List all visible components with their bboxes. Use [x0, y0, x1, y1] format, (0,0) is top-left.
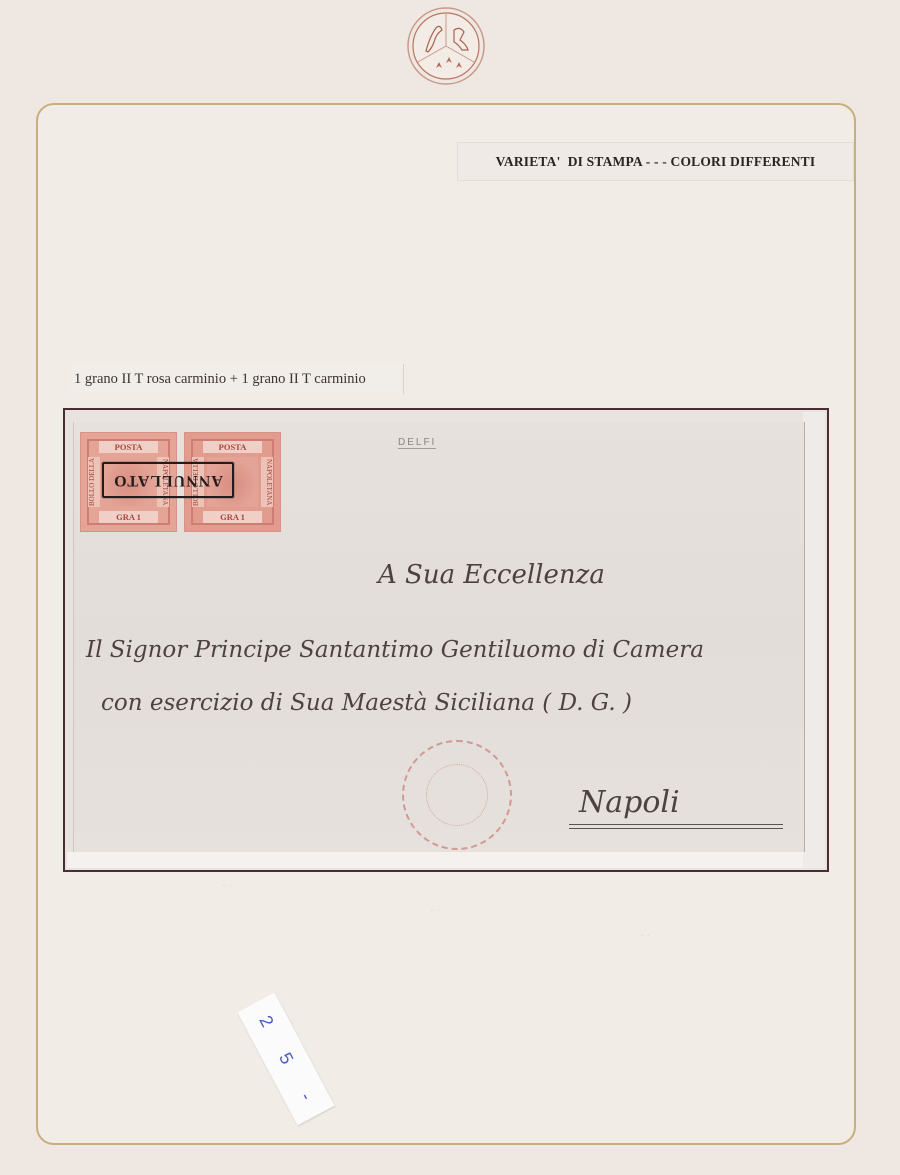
stamp-left-text: BOLLO DELLA [88, 457, 100, 507]
stamp-right-text: NAPOLETANA [261, 457, 273, 507]
postmark-inner-ring [426, 764, 488, 826]
stamp-value-text: GRA 1 [203, 511, 262, 523]
annullato-cancel: ANNULLATO [102, 462, 234, 498]
address-line-2: Il Signor Principe Santantimo Gentiluomo… [86, 637, 704, 663]
address-line-3: con esercizio di Sua Maestà Siciliana ( … [101, 690, 632, 716]
pencil-note: DELFI [398, 437, 436, 449]
red-postmark [402, 740, 512, 850]
faint-offset-mark: · · [640, 930, 650, 942]
crest-icon [406, 6, 486, 86]
address-line-4-city: Napoli [579, 785, 680, 820]
address-line-1: A Sua Eccellenza [378, 560, 605, 590]
stamp-top-text: POSTA [99, 441, 158, 453]
city-underline [569, 824, 783, 825]
mount-strip-bottom [67, 852, 825, 868]
slip-text: 2 [254, 1012, 277, 1031]
stamp-value-text: GRA 1 [99, 511, 158, 523]
page-title-label: VARIETA' DI STAMPA - - - COLORI DIFFEREN… [458, 143, 853, 180]
faint-offset-mark: · · [222, 880, 232, 892]
slip-text: 5 [274, 1050, 297, 1069]
mount-strip-right [803, 412, 825, 868]
slip-text: - [295, 1089, 316, 1104]
faint-offset-mark: · · [430, 905, 440, 917]
city-underline [569, 828, 783, 829]
stamp-top-text: POSTA [203, 441, 262, 453]
stamp-caption-label: 1 grano II T rosa carminio + 1 grano II … [70, 364, 404, 394]
